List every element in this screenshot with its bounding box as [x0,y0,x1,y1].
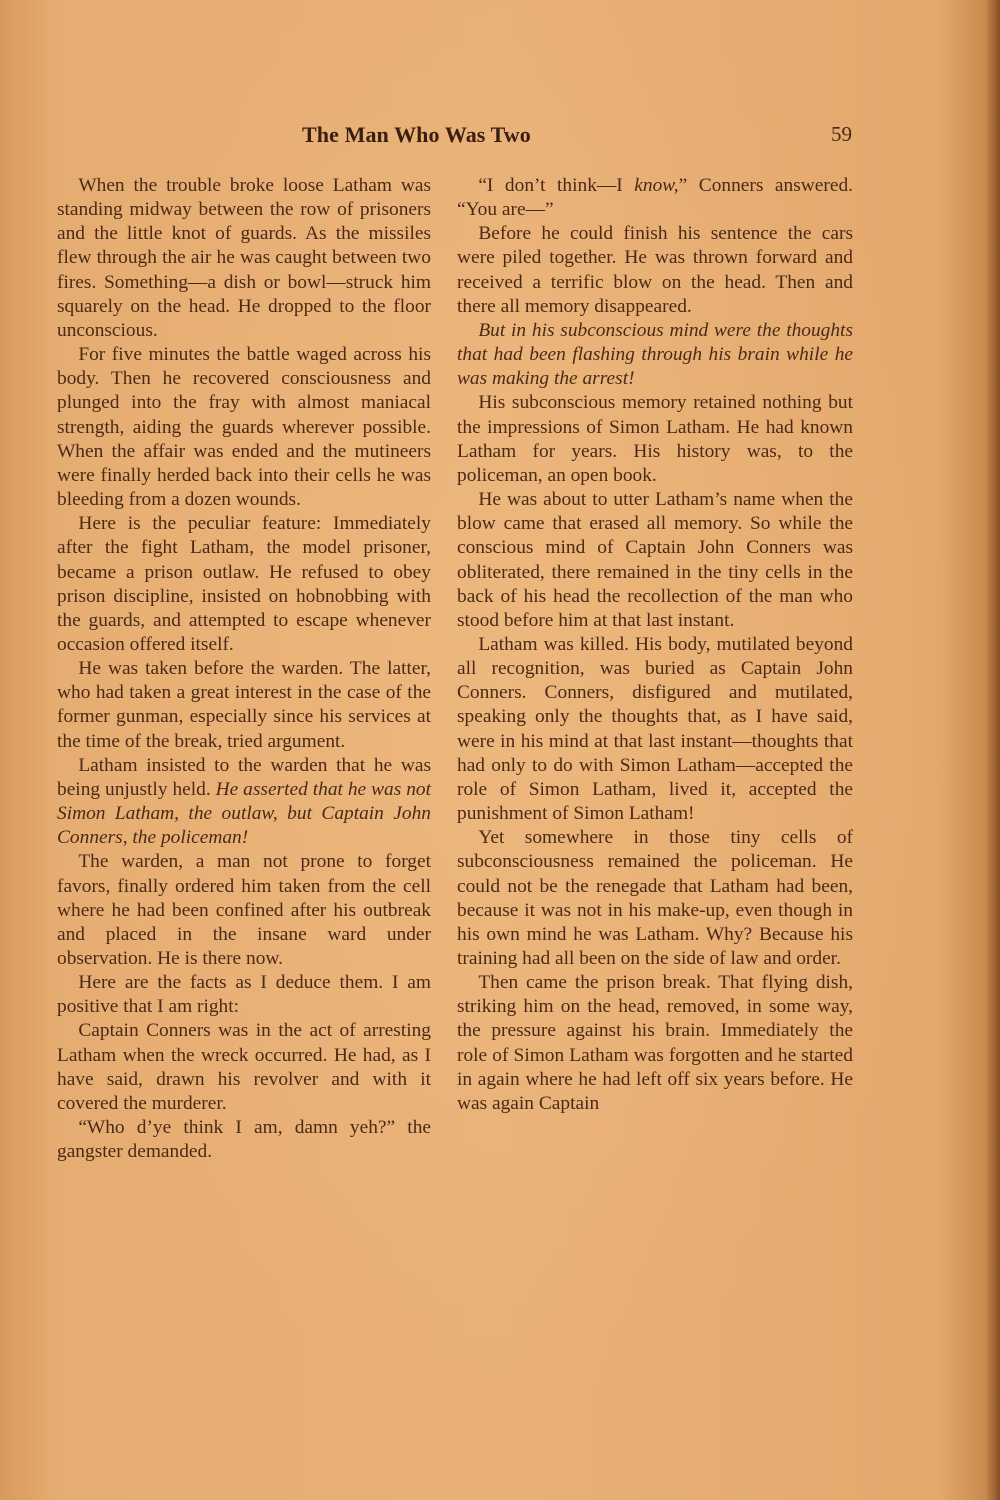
text-run: “Who d’ye think I am, damn yeh?” the gan… [57,1117,431,1162]
paragraph: He was taken before the warden. The latt… [57,657,431,754]
text-run: Then came the prison break. That flying … [457,972,853,1114]
paragraph: When the trouble broke loose Latham was … [57,174,431,343]
italic-text: know, [634,175,678,196]
text-run: “I don’t think—I [478,175,634,196]
page-header: The Man Who Was Two 59 [302,122,852,154]
running-title: The Man Who Was Two [302,122,531,148]
text-run: When the trouble broke loose Latham was … [57,175,431,341]
text-run: Yet somewhere in those tiny cells of sub… [457,827,853,969]
right-text-column: “I don’t think—I know,” Conners answered… [457,174,853,1116]
paragraph: Then came the prison break. That flying … [457,971,853,1116]
text-run: Before he could finish his sentence the … [457,223,853,316]
paragraph: But in his subconscious mind were the th… [457,319,853,391]
text-run: He was about to utter Latham’s name when… [457,489,853,631]
paragraph: “Who d’ye think I am, damn yeh?” the gan… [57,1116,431,1164]
paragraph: Yet somewhere in those tiny cells of sub… [457,826,853,971]
paragraph: Latham was killed. His body, mutilated b… [457,633,853,826]
paragraph: Captain Conners was in the act of arrest… [57,1019,431,1116]
text-run: He was taken before the warden. The latt… [57,658,431,751]
paragraph: Before he could finish his sentence the … [457,222,853,319]
text-run: Captain Conners was in the act of arrest… [57,1020,431,1113]
paragraph: Here are the facts as I deduce them. I a… [57,971,431,1019]
page-number: 59 [831,122,852,147]
paragraph: “I don’t think—I know,” Conners answered… [457,174,853,222]
paragraph: The warden, a man not prone to forget fa… [57,850,431,971]
text-run: Here is the peculiar feature: Immediatel… [57,513,431,655]
paragraph: He was about to utter Latham’s name when… [457,488,853,633]
text-run: Latham was killed. His body, mutilated b… [457,634,853,824]
paragraph: Here is the peculiar feature: Immediatel… [57,512,431,657]
text-run: The warden, a man not prone to forget fa… [57,851,431,969]
paragraph: Latham insisted to the warden that he wa… [57,754,431,851]
left-text-column: When the trouble broke loose Latham was … [57,174,431,1164]
text-run: Here are the facts as I deduce them. I a… [57,972,431,1017]
text-run: For five minutes the battle waged across… [57,344,431,510]
book-spine-edge [986,0,1000,1500]
italic-text: But in his subconscious mind were the th… [457,320,853,389]
text-run: His subconscious memory retained nothing… [457,392,853,485]
paragraph: For five minutes the battle waged across… [57,343,431,512]
paragraph: His subconscious memory retained nothing… [457,391,853,488]
